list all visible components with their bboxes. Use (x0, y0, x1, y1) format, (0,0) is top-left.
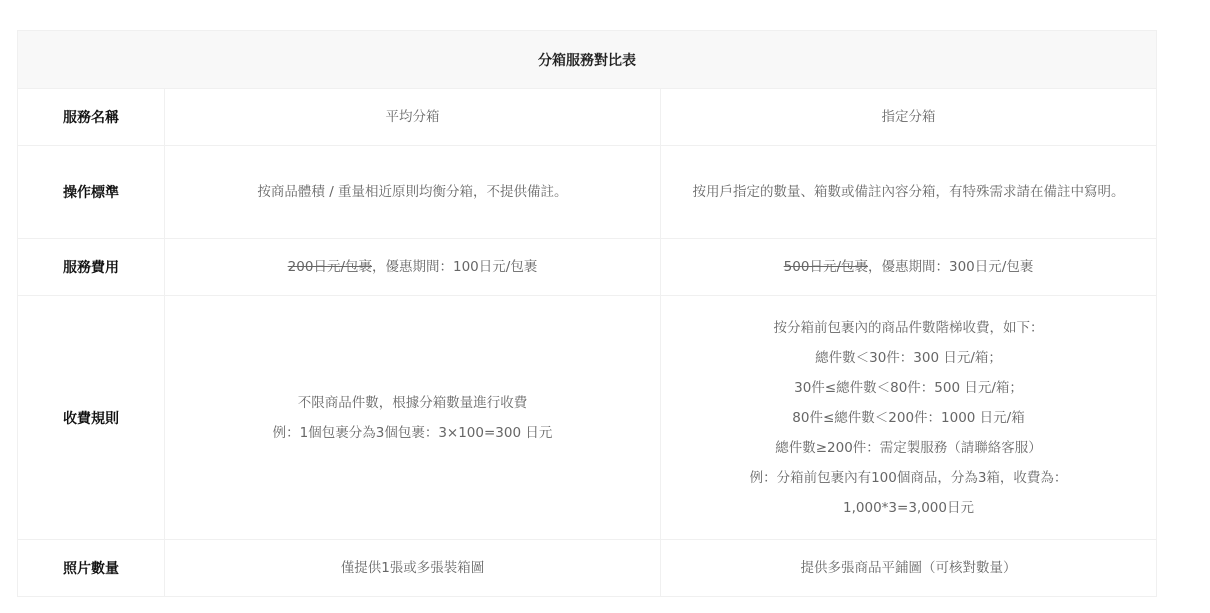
promo-price: ，優惠期間：300日元/包裹 (868, 259, 1033, 275)
service-comparison-table: 分箱服務對比表 服務名稱 平均分箱 指定分箱 操作標準 按商品體積 / 重量相近… (17, 30, 1157, 597)
cell-specified-split-standard: 按用戶指定的數量、箱數或備註內容分箱，有特殊需求請在備註中寫明。 (661, 146, 1157, 239)
original-price: 200日元/包裹 (288, 259, 372, 275)
rule-line: 按分箱前包裹內的商品件數階梯收費，如下： (701, 313, 1116, 343)
rule-line: 例：分箱前包裹內有100個商品，分為3箱，收費為：1,000*3=3,000日元 (701, 463, 1116, 523)
rule-line: 30件≤總件數＜80件：500 日元/箱； (701, 373, 1116, 403)
cell-specified-split-name: 指定分箱 (661, 89, 1157, 146)
cell-specified-split-fee: 500日元/包裹，優惠期間：300日元/包裹 (661, 239, 1157, 296)
cell-specified-split-photos: 提供多張商品平鋪圖（可核對數量） (661, 540, 1157, 597)
table-row: 照片數量 僅提供1張或多張裝箱圖 提供多張商品平鋪圖（可核對數量） (18, 540, 1157, 597)
cell-average-split-photos: 僅提供1張或多張裝箱圖 (165, 540, 661, 597)
table-row: 服務費用 200日元/包裹，優惠期間：100日元/包裹 500日元/包裹，優惠期… (18, 239, 1157, 296)
table-row: 操作標準 按商品體積 / 重量相近原則均衡分箱，不提供備註。 按用戶指定的數量、… (18, 146, 1157, 239)
row-label-service-name: 服務名稱 (18, 89, 165, 146)
table-title-row: 分箱服務對比表 (18, 31, 1157, 89)
cell-average-split-standard: 按商品體積 / 重量相近原則均衡分箱，不提供備註。 (165, 146, 661, 239)
row-label-photo-count: 照片數量 (18, 540, 165, 597)
cell-specified-split-rules: 按分箱前包裹內的商品件數階梯收費，如下： 總件數＜30件：300 日元/箱； 3… (661, 296, 1157, 540)
rule-line: 例：1個包裹分為3個包裹：3×100=300 日元 (179, 418, 646, 448)
row-label-operation-standard: 操作標準 (18, 146, 165, 239)
rule-line: 總件數≥200件：需定製服務（請聯絡客服） (701, 433, 1116, 463)
rule-line: 80件≤總件數＜200件：1000 日元/箱 (701, 403, 1116, 433)
cell-average-split-name: 平均分箱 (165, 89, 661, 146)
row-label-billing-rules: 收費規則 (18, 296, 165, 540)
table-title: 分箱服務對比表 (18, 31, 1157, 89)
row-label-service-fee: 服務費用 (18, 239, 165, 296)
table-row: 收費規則 不限商品件數，根據分箱數量進行收費 例：1個包裹分為3個包裹：3×10… (18, 296, 1157, 540)
table-row: 服務名稱 平均分箱 指定分箱 (18, 89, 1157, 146)
rule-line: 總件數＜30件：300 日元/箱； (701, 343, 1116, 373)
rule-line: 不限商品件數，根據分箱數量進行收費 (179, 388, 646, 418)
promo-price: ，優惠期間：100日元/包裹 (372, 259, 537, 275)
cell-average-split-rules: 不限商品件數，根據分箱數量進行收費 例：1個包裹分為3個包裹：3×100=300… (165, 296, 661, 540)
original-price: 500日元/包裹 (784, 259, 868, 275)
cell-average-split-fee: 200日元/包裹，優惠期間：100日元/包裹 (165, 239, 661, 296)
